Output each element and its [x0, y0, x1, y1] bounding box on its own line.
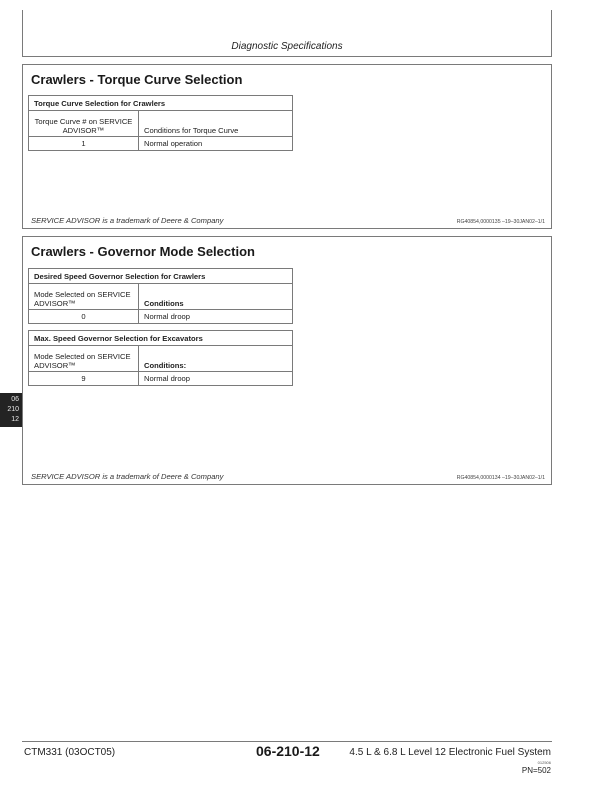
column-header: Conditions for Torque Curve [139, 111, 293, 137]
table-title: Max. Speed Governor Selection for Excava… [29, 331, 293, 346]
page-header: Diagnostic Specifications [22, 10, 552, 57]
trademark-note: SERVICE ADVISOR is a trademark of Deere … [31, 216, 223, 225]
section-governor-mode-selection: Crawlers - Governor Mode Selection Desir… [22, 236, 552, 485]
page-header-title: Diagnostic Specifications [23, 41, 551, 52]
trademark-note: SERVICE ADVISOR is a trademark of Deere … [31, 472, 223, 481]
table-header-row: Mode Selected on SERVICE ADVISOR™ Condit… [29, 284, 293, 310]
cell-condition: Normal droop [139, 372, 293, 386]
tab-line: 12 [0, 415, 19, 425]
torque-curve-table: Torque Curve Selection for Crawlers Torq… [28, 95, 293, 151]
max-speed-governor-table: Max. Speed Governor Selection for Excava… [28, 330, 293, 386]
section-thumb-tab: 06 210 12 [0, 393, 22, 427]
reference-id: RG40854,0000135 –19–30JAN02–1/1 [457, 219, 545, 225]
column-header: Torque Curve # on SERVICE ADVISOR™ [29, 111, 139, 137]
table-row: 0 Normal droop [29, 310, 293, 324]
reference-id: RG40854,0000134 –19–30JAN02–1/1 [457, 475, 545, 481]
table-header-row: Mode Selected on SERVICE ADVISOR™ Condit… [29, 346, 293, 372]
table-row: 9 Normal droop [29, 372, 293, 386]
footer-divider [22, 741, 552, 742]
section-title: Crawlers - Torque Curve Selection [31, 72, 242, 87]
footer-system-title: 4.5 L & 6.8 L Level 12 Electronic Fuel S… [349, 747, 551, 758]
cell-value: 1 [29, 137, 139, 151]
table-title: Torque Curve Selection for Crawlers [29, 96, 293, 111]
footer-code: 012506 [538, 760, 551, 765]
cell-value: 9 [29, 372, 139, 386]
footer-page-number: 06-210-12 [256, 743, 320, 759]
column-header: Conditions: [139, 346, 293, 372]
column-header: Conditions [139, 284, 293, 310]
footer-pn: PN=502 [522, 766, 551, 775]
table-row: 1 Normal operation [29, 137, 293, 151]
cell-condition: Normal operation [139, 137, 293, 151]
column-header: Mode Selected on SERVICE ADVISOR™ [29, 346, 139, 372]
desired-speed-governor-table: Desired Speed Governor Selection for Cra… [28, 268, 293, 324]
tab-line: 210 [0, 405, 19, 415]
cell-value: 0 [29, 310, 139, 324]
table-header-row: Torque Curve # on SERVICE ADVISOR™ Condi… [29, 111, 293, 137]
tab-line: 06 [0, 395, 19, 405]
cell-condition: Normal droop [139, 310, 293, 324]
footer-manual-id: CTM331 (03OCT05) [24, 747, 115, 758]
table-title: Desired Speed Governor Selection for Cra… [29, 269, 293, 284]
section-torque-curve-selection: Crawlers - Torque Curve Selection Torque… [22, 64, 552, 229]
section-title: Crawlers - Governor Mode Selection [31, 244, 255, 259]
column-header: Mode Selected on SERVICE ADVISOR™ [29, 284, 139, 310]
